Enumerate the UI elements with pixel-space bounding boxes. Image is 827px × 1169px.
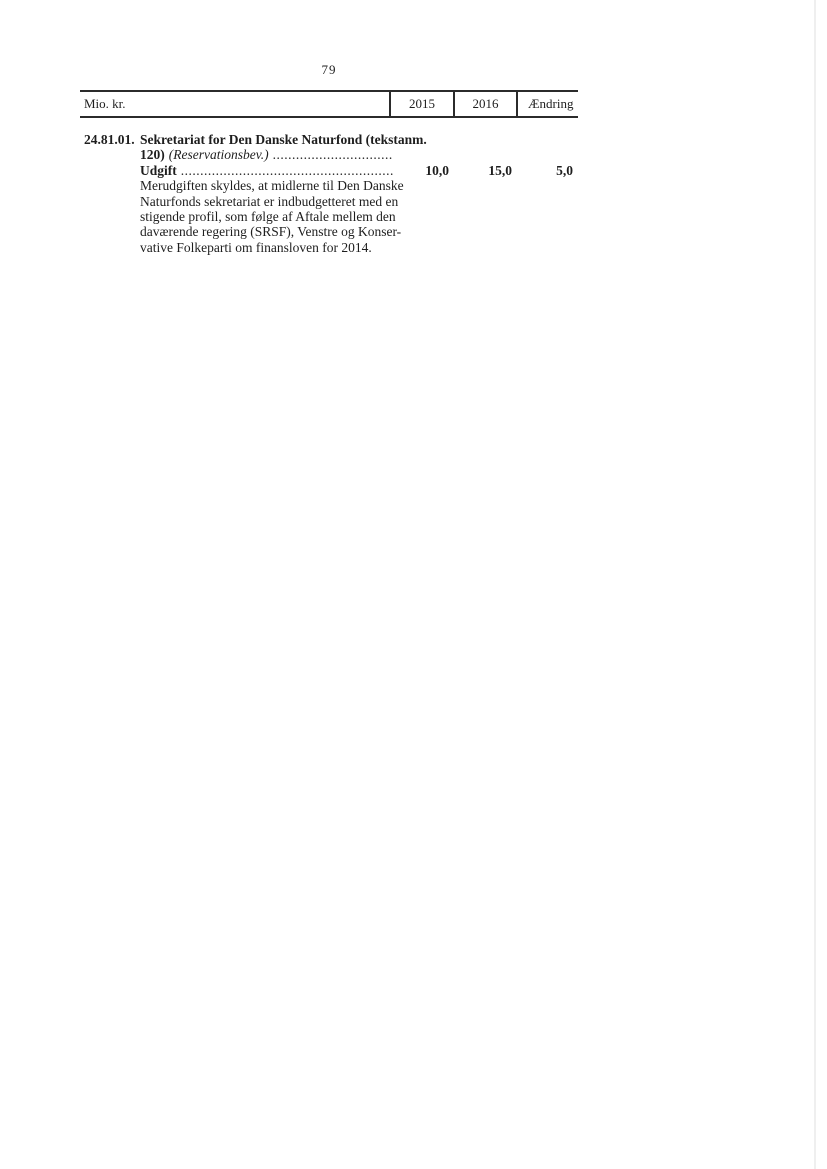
budget-entry: 24.81.01. Sekretariat for Den Danske Nat… (84, 132, 578, 255)
note-line: Naturfonds sekretariat er indbudgetteret… (140, 194, 425, 209)
entry-title-row: 24.81.01. Sekretariat for Den Danske Nat… (84, 132, 578, 147)
entry-subtitle-type: (Reservationsbev.) (169, 147, 269, 162)
value-2015: 10,0 (393, 163, 454, 178)
document-page: 79 Mio. kr. 2015 2016 Ændring 24.81.01. … (0, 0, 827, 1169)
value-2016: 15,0 (454, 163, 517, 178)
expense-lead: Udgift .................................… (140, 163, 393, 178)
page-number: 79 (80, 62, 578, 78)
table-header: Mio. kr. 2015 2016 Ændring (80, 90, 578, 118)
scan-edge-artifact (814, 0, 816, 1169)
column-header-2016: 2016 (453, 92, 516, 116)
note-line: stigende profil, som følge af Aftale mel… (140, 209, 425, 224)
entry-title: Sekretariat for Den Danske Naturfond (te… (140, 132, 427, 147)
column-header-2015: 2015 (389, 92, 453, 116)
entry-code: 24.81.01. (84, 132, 140, 147)
note-line: daværende regering (SRSF), Venstre og Ko… (140, 224, 425, 239)
entry-subtitle-number: 120) (140, 147, 165, 162)
unit-label: Mio. kr. (80, 92, 389, 116)
entry-subtitle-row: 120) (Reservationsbev.) ................… (140, 147, 393, 162)
column-header-change: Ændring (516, 92, 578, 116)
dot-leader: ........................................… (273, 147, 393, 162)
entry-note: Merudgiften skyldes, at midlerne til Den… (140, 178, 425, 255)
note-line: vative Folkeparti om finansloven for 201… (140, 240, 425, 255)
expense-row: Udgift .................................… (140, 163, 578, 178)
value-change: 5,0 (517, 163, 578, 178)
dot-leader: ........................................… (181, 163, 393, 178)
note-line: Merudgiften skyldes, at midlerne til Den… (140, 178, 425, 193)
expense-label: Udgift (140, 163, 177, 178)
